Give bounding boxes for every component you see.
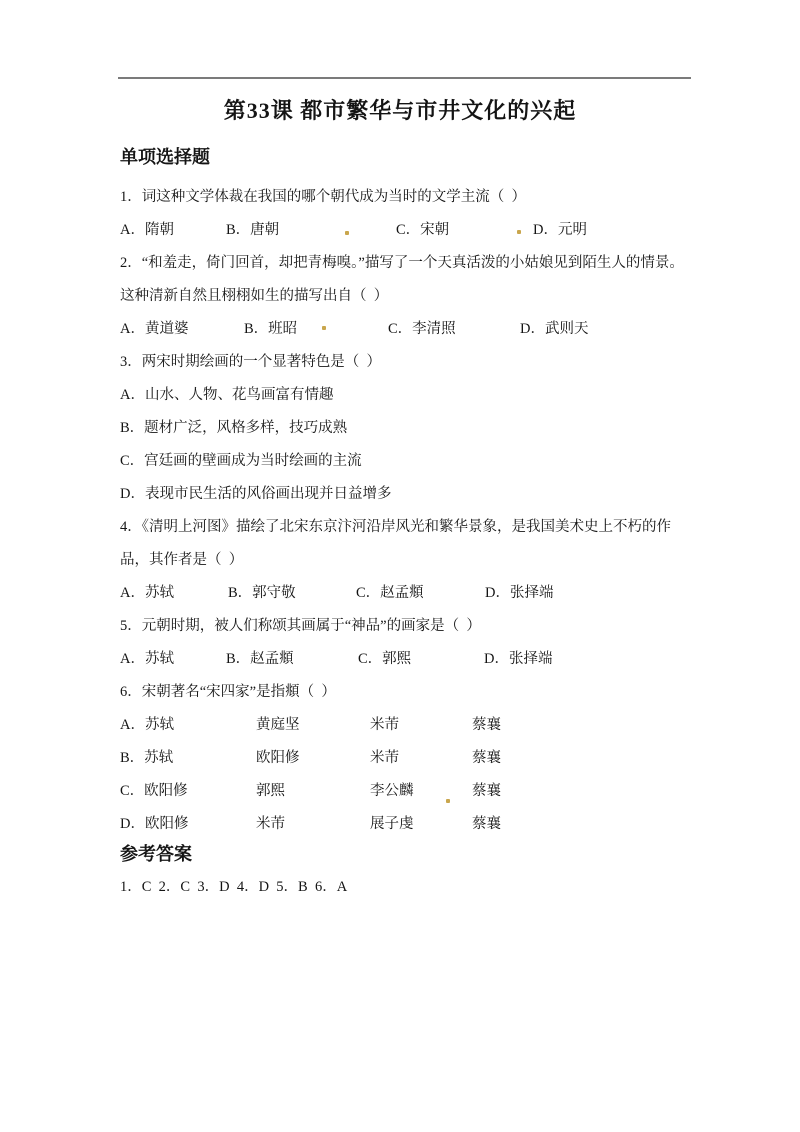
option-6d-name-3: 展子虔 bbox=[370, 808, 472, 841]
option-1b: B．唐朝 bbox=[226, 214, 396, 247]
option-6d-name-2: 米芾 bbox=[256, 808, 370, 841]
option-6a-name-1: A．苏轼 bbox=[120, 709, 256, 742]
option-6a-name-3: 米芾 bbox=[370, 709, 472, 742]
option-3d: D．表现市民生活的风俗画出现并日益增多 bbox=[120, 478, 680, 511]
option-6a-name-2: 黄庭坚 bbox=[256, 709, 370, 742]
top-rule bbox=[118, 77, 691, 79]
option-2d: D．武则天 bbox=[520, 313, 680, 346]
option-6c-name-4: 蔡襄 bbox=[472, 775, 680, 808]
answer-key-line: 1．C 2．C 3．D 4．D 5．B 6．A bbox=[120, 871, 680, 904]
option-6b-name-2: 欧阳修 bbox=[256, 742, 370, 775]
question-6-row-d: D．欧阳修 米芾 展子虔 蔡襄 bbox=[120, 808, 680, 841]
option-6c-name-1: C．欧阳修 bbox=[120, 775, 256, 808]
option-3c: C．宫廷画的壁画成为当时绘画的主流 bbox=[120, 445, 680, 478]
option-6c-name-2: 郭熙 bbox=[256, 775, 370, 808]
option-1d: D．元明 bbox=[533, 214, 680, 247]
worksheet-page: 第33课 都市繁华与市井文化的兴起 单项选择题 1．词这种文学体裁在我国的哪个朝… bbox=[0, 0, 800, 1132]
question-6-row-b: B．苏轼 欧阳修 米芾 蔡襄 bbox=[120, 742, 680, 775]
question-6-text: 6．宋朝著名“宋四家”是指頫（ ） bbox=[120, 676, 680, 709]
question-1: 1．词这种文学体裁在我国的哪个朝代成为当时的文学主流（ ） A．隋朝 B．唐朝 … bbox=[120, 181, 680, 247]
page-title: 第33课 都市繁华与市井文化的兴起 bbox=[120, 94, 680, 127]
question-5-options: A．苏轼 B．赵孟頫 C．郭熙 D．张择端 bbox=[120, 643, 680, 676]
scan-speck bbox=[446, 799, 450, 803]
option-4d: D．张择端 bbox=[485, 577, 680, 610]
option-6b-name-1: B．苏轼 bbox=[120, 742, 256, 775]
question-5-text: 5．元朝时期，被人们称颂其画属于“神品”的画家是（ ） bbox=[120, 610, 680, 643]
question-4: 4．《清明上河图》描绘了北宋东京汴河沿岸风光和繁华景象，是我国美术史上不朽的作 … bbox=[120, 511, 680, 610]
question-3: 3．两宋时期绘画的一个显著特色是（ ） A．山水、人物、花鸟画富有情趣 B．题材… bbox=[120, 346, 680, 511]
question-2-options: A．黄道婆 B．班昭 C．李清照 D．武则天 bbox=[120, 313, 680, 346]
question-6-row-a: A．苏轼 黄庭坚 米芾 蔡襄 bbox=[120, 709, 680, 742]
scan-speck bbox=[517, 230, 521, 234]
option-4c: C．赵孟頫 bbox=[356, 577, 485, 610]
option-2a: A．黄道婆 bbox=[120, 313, 244, 346]
option-5c: C．郭熙 bbox=[358, 643, 484, 676]
option-5b: B．赵孟頫 bbox=[226, 643, 358, 676]
question-1-options: A．隋朝 B．唐朝 C．宋朝 D．元明 bbox=[120, 214, 680, 247]
question-4-options: A．苏轼 B．郭守敬 C．赵孟頫 D．张择端 bbox=[120, 577, 680, 610]
question-4-text-line2: 品，其作者是（ ） bbox=[120, 544, 680, 577]
option-6b-name-4: 蔡襄 bbox=[472, 742, 680, 775]
option-6d-name-4: 蔡襄 bbox=[472, 808, 680, 841]
option-1c: C．宋朝 bbox=[396, 214, 533, 247]
option-5d: D．张择端 bbox=[484, 643, 680, 676]
question-6: 6．宋朝著名“宋四家”是指頫（ ） A．苏轼 黄庭坚 米芾 蔡襄 B．苏轼 欧阳… bbox=[120, 676, 680, 841]
scan-speck bbox=[345, 231, 349, 235]
scan-speck bbox=[322, 326, 326, 330]
question-5: 5．元朝时期，被人们称颂其画属于“神品”的画家是（ ） A．苏轼 B．赵孟頫 C… bbox=[120, 610, 680, 676]
section-heading-answers: 参考答案 bbox=[120, 837, 680, 871]
option-6a-name-4: 蔡襄 bbox=[472, 709, 680, 742]
question-2-text-line2: 这种清新自然且栩栩如生的描写出自（ ） bbox=[120, 280, 680, 313]
question-2-text-line1: 2．“和羞走，倚门回首，却把青梅嗅。”描写了一个天真活泼的小姑娘见到陌生人的情景… bbox=[120, 247, 680, 280]
option-4b: B．郭守敬 bbox=[228, 577, 356, 610]
option-5a: A．苏轼 bbox=[120, 643, 226, 676]
option-1a: A．隋朝 bbox=[120, 214, 226, 247]
question-6-row-c: C．欧阳修 郭熙 李公麟 蔡襄 bbox=[120, 775, 680, 808]
question-2: 2．“和羞走，倚门回首，却把青梅嗅。”描写了一个天真活泼的小姑娘见到陌生人的情景… bbox=[120, 247, 680, 346]
question-3-text: 3．两宋时期绘画的一个显著特色是（ ） bbox=[120, 346, 680, 379]
option-4a: A．苏轼 bbox=[120, 577, 228, 610]
question-1-text: 1．词这种文学体裁在我国的哪个朝代成为当时的文学主流（ ） bbox=[120, 181, 680, 214]
question-4-text-line1: 4．《清明上河图》描绘了北宋东京汴河沿岸风光和繁华景象，是我国美术史上不朽的作 bbox=[120, 511, 680, 544]
option-2b: B．班昭 bbox=[244, 313, 388, 346]
option-6c-name-3: 李公麟 bbox=[370, 775, 472, 808]
option-3b: B．题材广泛，风格多样，技巧成熟 bbox=[120, 412, 680, 445]
option-2c: C．李清照 bbox=[388, 313, 520, 346]
section-heading-choice: 单项选择题 bbox=[120, 142, 680, 172]
option-3a: A．山水、人物、花鸟画富有情趣 bbox=[120, 379, 680, 412]
option-6b-name-3: 米芾 bbox=[370, 742, 472, 775]
